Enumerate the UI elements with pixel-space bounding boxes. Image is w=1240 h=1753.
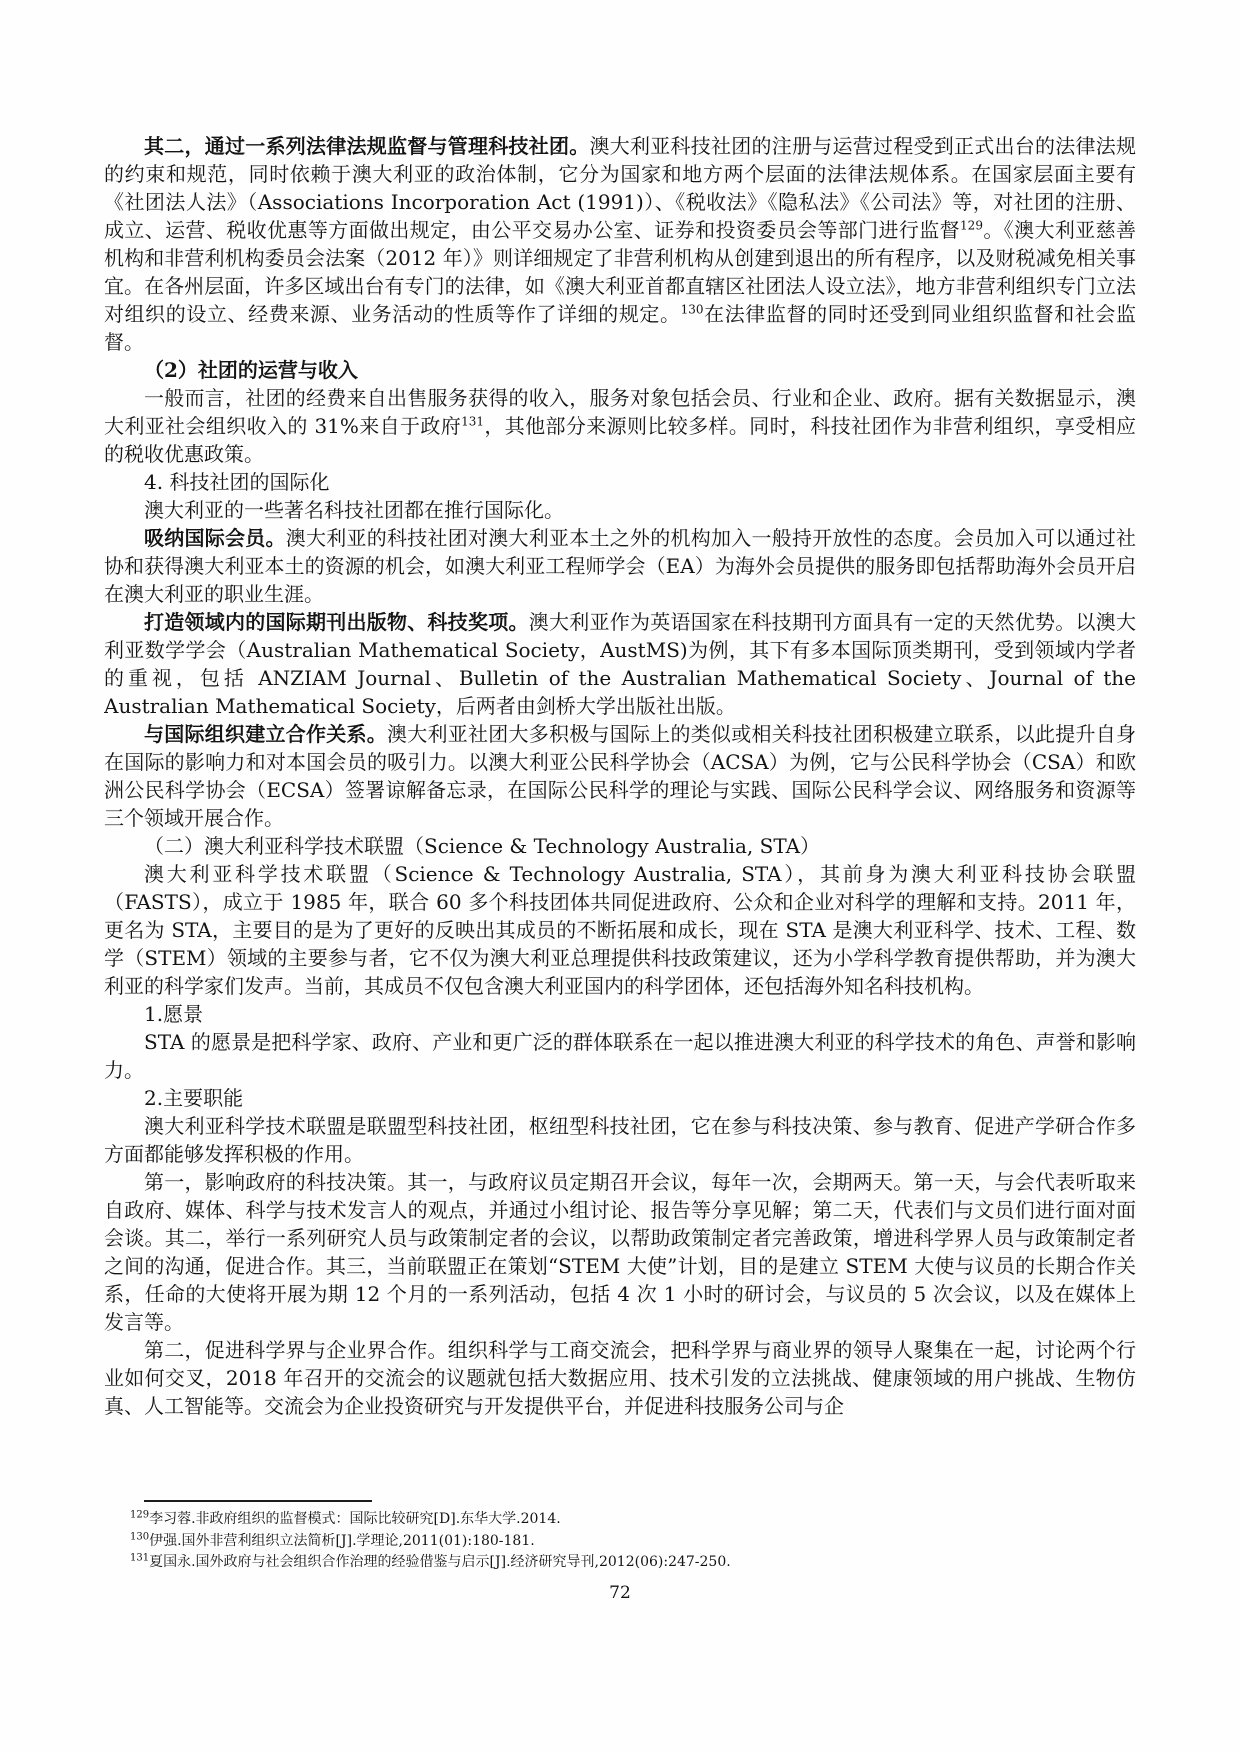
paragraph-international-orgs: 与国际组织建立合作关系。澳大利亚社团大多积极与国际上的类似或相关科技社团积极建立… [104, 720, 1136, 832]
footnote-text: 伊强.国外非营利组织立法简析[J].学理论,2011(01):180-181. [149, 1533, 535, 1549]
bold-lead-legal-regulation: 其二，通过一系列法律法规监督与管理科技社团。 [144, 134, 590, 158]
paragraph-internationalization-intro: 澳大利亚的一些著名科技社团都在推行国际化。 [104, 496, 1136, 524]
footnote-text: 李习蓉.非政府组织的监督模式：国际比较研究[D].东华大学.2014. [149, 1511, 561, 1527]
document-page: 其二，通过一系列法律法规监督与管理科技社团。澳大利亚科技社团的注册与运营过程受到… [0, 0, 1240, 1753]
footnote-marker: 131 [130, 1552, 149, 1563]
heading-vision: 1.愿景 [104, 1000, 1136, 1028]
page-number: 72 [104, 1583, 1136, 1603]
bold-lead-international-journals: 打造领域内的国际期刊出版物、科技奖项。 [144, 610, 529, 634]
paragraph-operations-income: 一般而言，社团的经费来自出售服务获得的收入，服务对象包括会员、行业和企业、政府。… [104, 384, 1136, 468]
paragraph-sta-overview: 澳大利亚科学技术联盟（Science & Technology Australi… [104, 860, 1136, 1000]
paragraph-international-members: 吸纳国际会员。澳大利亚的科技社团对澳大利亚本土之外的机构加入一般持开放性的态度。… [104, 524, 1136, 608]
document-body: 其二，通过一系列法律法规监督与管理科技社团。澳大利亚科技社团的注册与运营过程受到… [104, 132, 1136, 1494]
footnote-ref-129: 129 [960, 218, 983, 232]
heading-functions: 2.主要职能 [104, 1084, 1136, 1112]
footnote-129: 129李习蓉.非政府组织的监督模式：国际比较研究[D].东华大学.2014. [104, 1509, 1136, 1531]
footnote-ref-130: 130 [681, 302, 704, 316]
bold-lead-international-members: 吸纳国际会员。 [144, 526, 286, 550]
heading-sta: （二）澳大利亚科学技术联盟（Science & Technology Austr… [104, 832, 1136, 860]
footnote-text: 夏国永.国外政府与社会组织合作治理的经验借鉴与启示[J].经济研究导刊,2012… [149, 1554, 731, 1570]
paragraph-function-second: 第二，促进科学界与企业界合作。组织科学与工商交流会，把科学界与商业界的领导人聚集… [104, 1336, 1136, 1420]
bold-lead-international-orgs: 与国际组织建立合作关系。 [144, 722, 387, 746]
paragraph-legal-regulation: 其二，通过一系列法律法规监督与管理科技社团。澳大利亚科技社团的注册与运营过程受到… [104, 132, 1136, 356]
paragraph-international-journals: 打造领域内的国际期刊出版物、科技奖项。澳大利亚作为英语国家在科技期刊方面具有一定… [104, 608, 1136, 720]
paragraph-vision: STA 的愿景是把科学家、政府、产业和更广泛的群体联系在一起以推进澳大利亚的科学… [104, 1028, 1136, 1084]
footnote-marker: 129 [130, 1509, 149, 1520]
heading-internationalization: 4. 科技社团的国际化 [104, 468, 1136, 496]
footnote-area: 129李习蓉.非政府组织的监督模式：国际比较研究[D].东华大学.2014. 1… [104, 1500, 1136, 1603]
footnote-marker: 130 [130, 1531, 149, 1542]
heading-operations-income: （2）社团的运营与收入 [104, 356, 1136, 384]
footnote-separator [144, 1500, 372, 1502]
footnote-130: 130伊强.国外非营利组织立法简析[J].学理论,2011(01):180-18… [104, 1531, 1136, 1553]
footnote-131: 131夏国永.国外政府与社会组织合作治理的经验借鉴与启示[J].经济研究导刊,2… [104, 1552, 1136, 1574]
paragraph-function-first: 第一，影响政府的科技决策。其一，与政府议员定期召开会议，每年一次，会期两天。第一… [104, 1168, 1136, 1336]
footnote-ref-131: 131 [461, 414, 484, 428]
paragraph-functions-overview: 澳大利亚科学技术联盟是联盟型科技社团，枢纽型科技社团，它在参与科技决策、参与教育… [104, 1112, 1136, 1168]
